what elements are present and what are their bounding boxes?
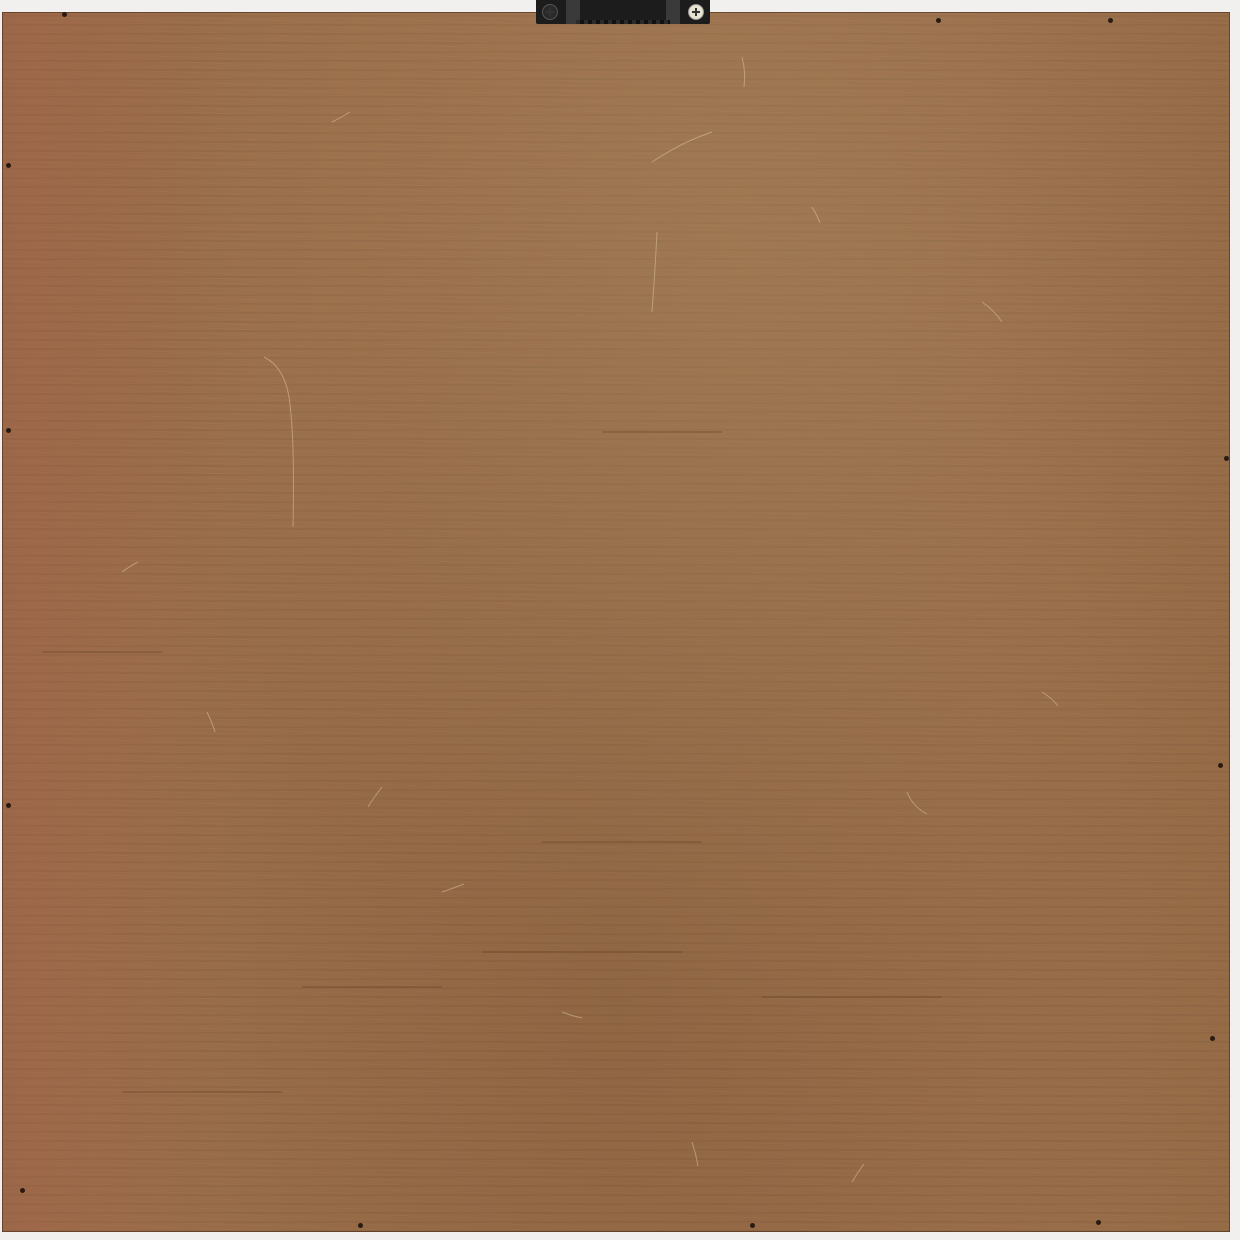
nail-icon bbox=[1096, 1220, 1101, 1225]
nail-icon bbox=[1218, 763, 1223, 768]
nail-icon bbox=[1224, 456, 1229, 461]
nail-icon bbox=[20, 1188, 25, 1193]
nail-icon bbox=[1108, 18, 1113, 23]
nail-icon bbox=[6, 428, 11, 433]
nail-icon bbox=[936, 18, 941, 23]
fiber-texture bbox=[2, 12, 1230, 1232]
hardboard-backing bbox=[2, 12, 1230, 1232]
nail-icon bbox=[6, 163, 11, 168]
nail-icon bbox=[6, 803, 11, 808]
nail-icon bbox=[1210, 1036, 1215, 1041]
nail-icon bbox=[62, 12, 67, 17]
screw-icon bbox=[542, 4, 558, 20]
screw-icon bbox=[688, 4, 704, 20]
nail-icon bbox=[358, 1223, 363, 1228]
sawtooth-hanger bbox=[536, 0, 710, 24]
nail-icon bbox=[750, 1223, 755, 1228]
hanger-teeth bbox=[576, 20, 670, 24]
